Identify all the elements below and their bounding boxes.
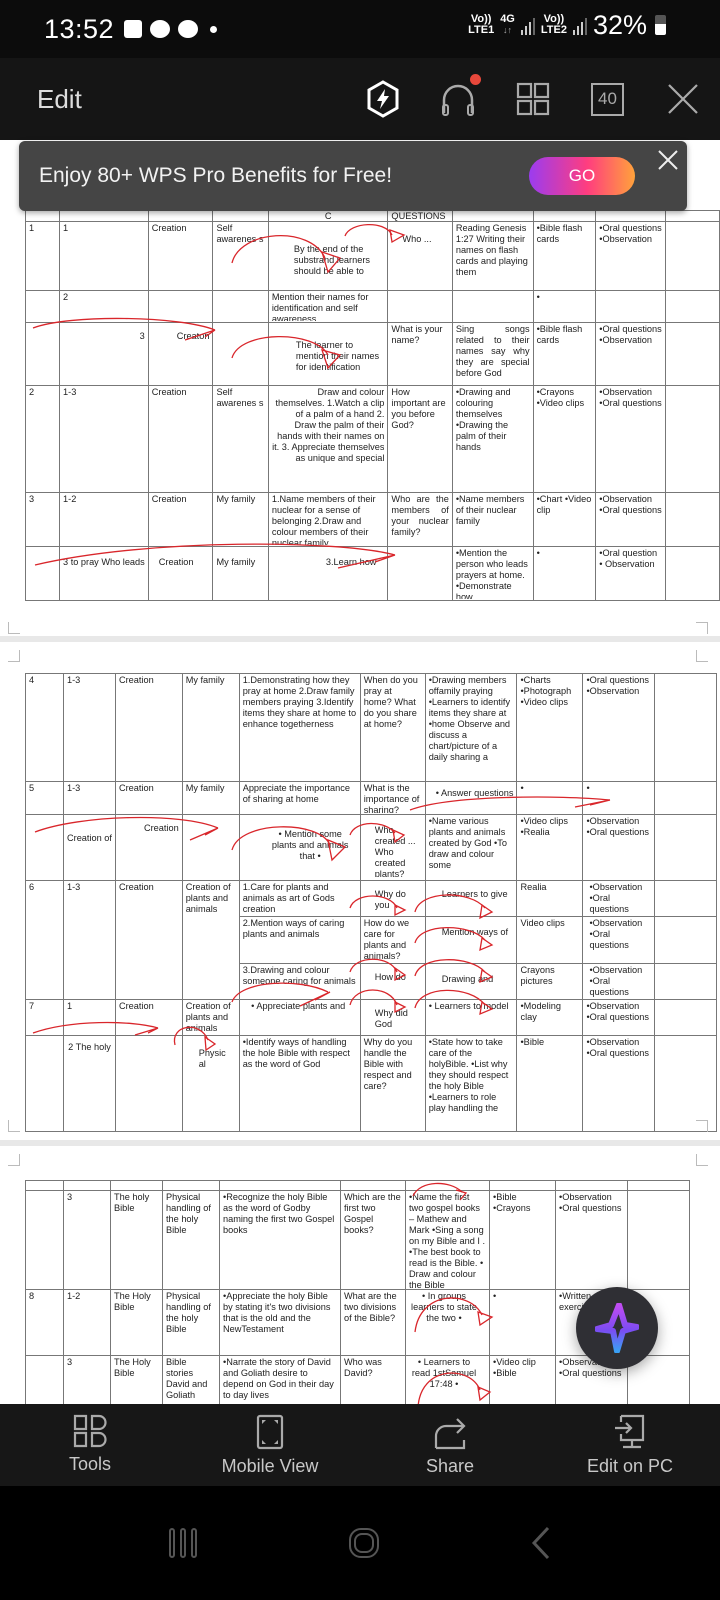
substrand-cell: Physic al	[199, 1048, 229, 1072]
go-button[interactable]: GO	[529, 157, 635, 195]
lesson-cell: 1	[64, 1000, 116, 1036]
app-toolbar: Edit 40	[0, 58, 720, 140]
battery-percent: 32%	[593, 20, 647, 31]
outcome-cell: 1.Name members of their nuclear for a se…	[272, 494, 385, 545]
week-cell: 2	[26, 386, 60, 493]
sim1-indicator: Vo)) LTE1	[468, 14, 494, 36]
ai-assistant-button[interactable]	[576, 1287, 658, 1369]
gallery-icon	[124, 20, 142, 38]
lesson-cell: 1-3	[60, 386, 149, 493]
lesson-cell: 2	[60, 291, 149, 323]
page-corner	[696, 650, 708, 662]
lesson-cell: 3	[64, 1191, 111, 1290]
close-icon	[667, 83, 699, 115]
activity-cell: • Learners to read 1stSamuel 17:48 •	[409, 1357, 479, 1404]
outcome-cell: •Identify ways of handling the hole Bibl…	[239, 1036, 360, 1132]
sim2-indicator: Vo)) LTE2	[541, 14, 567, 36]
lesson-cell: 1-3	[64, 674, 116, 782]
activity-cell: •Drawing and colouring themselves •Drawi…	[452, 386, 533, 493]
banner-close-icon[interactable]	[655, 147, 681, 173]
outcome-cell: 1.Demonstrating how they pray at home 2.…	[243, 675, 357, 780]
outcome-cell: Mention their names for identification a…	[272, 292, 385, 321]
question-cell: Who are the members of your nuclear fami…	[388, 493, 452, 547]
assessment-cell: •Observation •Oral questions	[583, 815, 655, 881]
status-time: 13:52	[44, 14, 114, 45]
resources-cell: •Chart •Video clip	[533, 493, 596, 547]
resources-cell: Realia	[517, 881, 583, 917]
table-header-row: C QUESTIONS	[26, 211, 720, 222]
activity-cell: •Name the first two gospel books – Mathe…	[409, 1192, 486, 1288]
resources-cell: •Bible flash cards	[533, 222, 596, 291]
mobile-view-icon	[256, 1414, 284, 1450]
activity-cell: • Learners to model	[429, 1001, 514, 1032]
resources-cell: •Video clips •Realia	[517, 815, 583, 881]
question-cell: How do	[375, 972, 421, 994]
outcome-cell: Draw and colour themselves. 1.Watch a cl…	[272, 387, 385, 491]
outcome-cell: •Recognize the holy Bible as the word of…	[220, 1191, 341, 1290]
resources-cell: •Bible	[517, 1036, 583, 1132]
sim2-label: LTE2	[541, 25, 567, 36]
bottom-toolbar: Tools Mobile View Share Edit on PC	[0, 1404, 720, 1486]
scheme-table-page-2: 4 1-3 Creation My family 1.Demonstrating…	[25, 673, 717, 1132]
share-button[interactable]: Share	[360, 1404, 540, 1486]
page-count-icon: 40	[591, 83, 624, 116]
edit-on-pc-icon	[613, 1414, 647, 1450]
assessment-cell: •Observation •Oral questions	[583, 1036, 655, 1132]
lesson-cell: 1-3	[64, 782, 116, 815]
assessment-cell: •Oral questions •Observation	[583, 674, 655, 782]
page-corner	[8, 1154, 20, 1166]
notification-dot	[470, 74, 481, 85]
network-label: 4G	[500, 14, 515, 25]
page-corner	[8, 622, 20, 634]
resources-cell: •Bible •Crayons	[490, 1191, 556, 1290]
recent-apps-icon[interactable]	[168, 1527, 198, 1559]
page-corner	[696, 1120, 708, 1132]
lesson-cell: 1-3	[64, 881, 116, 1000]
back-icon[interactable]	[530, 1526, 552, 1560]
page-corner	[696, 622, 708, 634]
week-cell: 8	[26, 1290, 64, 1356]
substrand-cell: Bible stories David and Goliath	[163, 1356, 220, 1405]
mobile-view-label: Mobile View	[222, 1456, 319, 1477]
activity-cell: Sing songs related to their names say wh…	[452, 323, 533, 386]
substrand-cell: Physical handling of the holy Bible	[163, 1290, 220, 1356]
activity-cell: Mention ways of	[442, 927, 513, 949]
page-count: 40	[598, 89, 617, 109]
resources-cell: •	[517, 782, 583, 815]
activity-cell: Drawing and	[442, 974, 513, 996]
activity-cell: Learners to give	[442, 889, 513, 911]
quick-action-button[interactable]	[345, 58, 420, 140]
activity-cell: •State how to take care of the holyBible…	[429, 1037, 514, 1130]
outcome-cell: 3.Drawing and colour someone caring for …	[243, 965, 357, 995]
page-separator	[0, 1140, 720, 1146]
outcome-cell: • Mention some plants and animals that •	[267, 829, 354, 867]
table-header-row	[26, 1181, 690, 1191]
resources-cell: •Bible flash cards	[533, 323, 596, 386]
substrand-cell: My family	[213, 493, 268, 547]
page-corner	[8, 1120, 20, 1132]
dot-icon	[210, 26, 217, 33]
strand-cell: Creation	[115, 881, 182, 1000]
week-cell: 6	[26, 881, 64, 1000]
signal-icon	[521, 15, 535, 35]
resources-cell: •	[490, 1290, 556, 1356]
strand-cell: Creaton	[148, 323, 213, 386]
lesson-cell: 1-2	[60, 493, 149, 547]
question-cell: Why do you handle the Bible with respect…	[360, 1036, 425, 1132]
lesson-cell: 2 The holy	[64, 1036, 116, 1132]
week-cell	[26, 291, 60, 323]
assessment-cell: •Oral question • Observation	[596, 547, 666, 601]
resources-cell: Video clips	[517, 917, 583, 964]
share-icon	[433, 1414, 467, 1450]
assessment-cell: •Observation •Oral questions	[596, 386, 666, 493]
remarks-cell	[666, 222, 720, 291]
chat-bubble-icon	[150, 20, 170, 38]
battery-icon	[655, 15, 666, 35]
scheme-table-page-3: 3 The holy Bible Physical handling of th…	[25, 1180, 690, 1404]
header-fragment: QUESTIONS	[388, 211, 452, 222]
outcome-cell: •Narrate the story of David and Goliath …	[220, 1356, 341, 1405]
lesson-cell: 1-2	[64, 1290, 111, 1356]
document-viewport[interactable]: C QUESTIONS 1 1 Creation Self awarenes s…	[0, 140, 720, 1404]
headphones-button[interactable]	[420, 58, 495, 140]
activity-cell: •Drawing members offamily praying •Learn…	[429, 675, 514, 780]
close-button[interactable]	[645, 58, 720, 140]
status-bar: 13:52 Vo)) LTE1 4G↓↑ Vo)) LTE2 32%	[0, 0, 720, 58]
activity-cell: •Name members of their nuclear family	[452, 493, 533, 547]
assessment-cell: •	[583, 782, 655, 815]
assessment-cell: •Oral questions •Observation	[596, 323, 666, 386]
resources-cell: •Modeling clay	[517, 1000, 583, 1036]
grid-view-button[interactable]	[495, 58, 570, 140]
mobile-view-button[interactable]: Mobile View	[180, 1404, 360, 1486]
substrand-cell: Physical handling of the holy Bible	[163, 1191, 220, 1290]
sim1-label: LTE1	[468, 25, 494, 36]
table-row: 2 Mention their names for identification…	[26, 291, 720, 323]
tools-button[interactable]: Tools	[0, 1404, 180, 1486]
outcome-cell: 3.Learn how	[268, 547, 388, 601]
table-row: 2 1-3 Creation Self awarenes s Draw and …	[26, 386, 720, 493]
question-cell: Why did God	[375, 1008, 421, 1032]
table-row: 3 The holy Bible Physical handling of th…	[26, 1191, 690, 1290]
substrand-cell: My family	[182, 674, 239, 782]
question-cell: What is your name?	[388, 323, 452, 386]
home-icon[interactable]	[348, 1527, 380, 1559]
strand-cell: Creation	[115, 782, 182, 815]
week-cell: 1	[26, 222, 60, 291]
question-cell: Who was David?	[341, 1356, 406, 1405]
promo-text: Enjoy 80+ WPS Pro Benefits for Free!	[39, 164, 392, 188]
page-count-button[interactable]: 40	[570, 58, 645, 140]
table-row: Creation of Creation • Mention some plan…	[26, 815, 717, 881]
lesson-cell: Creation of	[64, 815, 116, 881]
tools-icon	[73, 1414, 107, 1448]
outcome-cell: 1.Care for plants and animals as art of …	[243, 882, 357, 912]
table-row: 1 1 Creation Self awarenes s By the end …	[26, 222, 720, 291]
outcome-cell: By the end of the substrand learners sho…	[294, 244, 382, 278]
question-cell: How do we care for plants and animals?	[360, 917, 425, 964]
messenger-icon	[178, 20, 198, 38]
outcome-cell: •Appreciate the holy Bible by stating it…	[220, 1290, 341, 1356]
system-nav-bar	[0, 1486, 720, 1600]
lesson-cell: 3	[64, 1356, 111, 1405]
resources-cell: •Charts •Photograph •Video clips	[517, 674, 583, 782]
question-cell: What are the two divisions of the Bible?	[341, 1290, 406, 1356]
week-cell: 3	[26, 493, 60, 547]
outcome-cell: The learner to mention their names for i…	[296, 340, 382, 380]
table-row: 7 1 Creation Creation of plants and anim…	[26, 1000, 717, 1036]
resources-cell: •	[533, 291, 596, 323]
table-row: 5 1-3 Creation My family Appreciate the …	[26, 782, 717, 815]
strand-cell: Creation	[148, 222, 213, 291]
page-separator	[0, 636, 720, 642]
resources-cell: •	[533, 547, 596, 601]
page-corner	[8, 650, 20, 662]
question-cell: How important are you before God?	[388, 386, 452, 493]
substrand-cell: Self awarenes s	[213, 386, 268, 493]
strand-cell: Creation	[115, 1000, 182, 1036]
grid-view-icon	[516, 82, 550, 116]
substrand-cell: My family	[213, 547, 268, 601]
tools-label: Tools	[69, 1454, 111, 1475]
question-cell: When do you pray at home? What do you sh…	[360, 674, 425, 782]
lesson-cell: 3	[60, 323, 149, 386]
outcome-cell: 2.Mention ways of caring plants and anim…	[243, 918, 357, 949]
question-cell: Which are the first two Gospel books?	[341, 1191, 406, 1290]
week-cell: 5	[26, 782, 64, 815]
assessment-cell: •Observation •Oral questions	[583, 964, 655, 1000]
substrand-cell: My family	[182, 782, 239, 815]
question-cell: Who created ... Who created plants?	[375, 825, 421, 877]
table-row: 4 1-3 Creation My family 1.Demonstrating…	[26, 674, 717, 782]
signal-icon	[573, 15, 587, 35]
resources-cell: •Crayons •Video clips	[533, 386, 596, 493]
edit-button[interactable]: Edit	[37, 84, 82, 115]
substrand-cell: Creation of plants and animals	[182, 881, 239, 1000]
quick-action-icon	[366, 80, 400, 118]
header-fragment: C	[268, 211, 388, 222]
headphones-icon	[440, 81, 476, 117]
sparkle-icon	[595, 1303, 639, 1353]
table-row: 2 The holy Physic al •Identify ways of h…	[26, 1036, 717, 1132]
lesson-cell: 3 to pray Who leads	[60, 547, 149, 601]
edit-on-pc-label: Edit on PC	[587, 1456, 673, 1477]
substrand-cell: Self awarenes s	[213, 222, 268, 291]
strand-cell: Creation	[115, 815, 182, 881]
activity-cell: •Name various plants and animals created…	[429, 816, 514, 879]
table-row: 3 Creaton The learner to mention their n…	[26, 323, 720, 386]
question-cell: What is the importance of sharing?	[364, 783, 422, 813]
strand-cell: Creation	[148, 386, 213, 493]
table-row: 3 1-2 Creation My family 1.Name members …	[26, 493, 720, 547]
outcome-cell: Appreciate the importance of sharing at …	[243, 783, 357, 813]
assessment-cell: •Observation •Oral questions	[583, 917, 655, 964]
question-cell: Who ...	[402, 234, 447, 246]
promo-banner: Enjoy 80+ WPS Pro Benefits for Free! GO	[19, 141, 687, 211]
assessment-cell: •Observation •Oral questions	[596, 493, 666, 547]
outcome-cell: • Appreciate plants and	[243, 1001, 354, 1032]
assessment-cell: •Oral questions •Observation	[596, 222, 666, 291]
scheme-table-page-1: C QUESTIONS 1 1 Creation Self awarenes s…	[25, 210, 720, 601]
status-right: Vo)) LTE1 4G↓↑ Vo)) LTE2 32%	[468, 14, 666, 36]
table-row: 3 The Holy Bible Bible stories David and…	[26, 1356, 690, 1405]
strand-cell: The holy Bible	[111, 1191, 163, 1290]
table-row: 3 to pray Who leads Creation My family 3…	[26, 547, 720, 601]
resources-cell: •Video clip •Bible	[490, 1356, 556, 1405]
week-cell: 4	[26, 674, 64, 782]
strand-cell: Creation	[115, 674, 182, 782]
activity-cell: • In groups learners to state the two •	[409, 1291, 479, 1355]
substrand-cell: Creation of plants and animals	[182, 1000, 239, 1036]
activity-cell: • Answer questions	[425, 782, 517, 815]
table-row: 6 1-3 Creation Creation of plants and an…	[26, 881, 717, 917]
resources-cell: Crayons pictures	[517, 964, 583, 1000]
activity-cell: •Mention the person who leads prayers at…	[456, 548, 530, 599]
week-cell: 7	[26, 1000, 64, 1036]
assessment-cell: •Observation •Oral questions	[583, 881, 655, 917]
page-corner	[696, 1154, 708, 1166]
lesson-cell: 1	[60, 222, 149, 291]
strand-cell: Creation	[148, 493, 213, 547]
assessment-cell: •Observation •Oral questions	[556, 1191, 628, 1290]
share-label: Share	[426, 1456, 474, 1477]
strand-cell: The Holy Bible	[111, 1356, 163, 1405]
question-cell: Why do you	[375, 889, 421, 911]
strand-cell: The Holy Bible	[111, 1290, 163, 1356]
assessment-cell: •Observation •Oral questions	[583, 1000, 655, 1036]
edit-on-pc-button[interactable]: Edit on PC	[540, 1404, 720, 1486]
strand-cell: Creation	[148, 547, 213, 601]
network-type: 4G↓↑	[500, 14, 515, 36]
activity-cell: Reading Genesis 1:27 Writing their names…	[452, 222, 533, 291]
